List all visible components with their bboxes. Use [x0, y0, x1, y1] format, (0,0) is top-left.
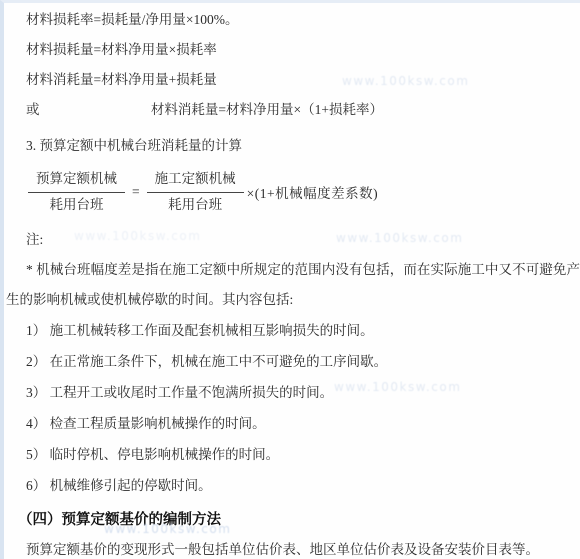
- note-item-6: 6） 机械维修引起的停歇时间。: [4, 470, 580, 501]
- note-item-3: 3） 工程开工或收尾时工作量不饱满所损失的时间。: [4, 377, 580, 408]
- machine-shift-equation: 预算定额机械 耗用台班 = 施工定额机械 耗用台班 ×(1+机械幅度差系数): [4, 161, 580, 223]
- section3-heading: 3. 预算定额中机械台班消耗量的计算: [4, 131, 580, 161]
- fraction-right: 施工定额机械 耗用台班: [147, 170, 244, 213]
- note-item-1: 1） 施工机械转移工作面及配套机械相互影响损失的时间。: [4, 315, 580, 346]
- section4-heading: （四）预算定额基价的编制方法: [4, 505, 580, 535]
- formula-consumption: 材料消耗量=材料净用量+损耗量: [4, 65, 580, 95]
- formula-consumption-alt: 材料消耗量=材料净用量×（1+损耗率）: [151, 102, 383, 117]
- fraction-right-numerator: 施工定额机械: [147, 170, 244, 192]
- fraction-left-denominator: 耗用台班: [28, 193, 125, 214]
- formula-loss-rate: 材料损耗率=损耗量/净用量×100%。: [4, 5, 580, 35]
- equation-multiplier: ×(1+机械幅度差系数): [247, 182, 378, 202]
- formula-or-row: 或 材料消耗量=材料净用量×（1+损耗率）: [4, 95, 580, 125]
- note-body: * 机械台班幅度差是指在施工定额中所规定的范围内没有包括，而在实际施工中又不可避…: [4, 255, 580, 315]
- equals-sign: =: [132, 184, 140, 200]
- fraction-left-numerator: 预算定额机械: [28, 170, 125, 192]
- note-label: 注:: [4, 225, 580, 255]
- document-page: 材料损耗率=损耗量/净用量×100%。 材料损耗量=材料净用量×损耗率 材料消耗…: [0, 0, 580, 559]
- section4-body: 预算定额基价的变现形式一般包括单位估价表、地区单位估价表及设备安装价目表等。: [4, 535, 580, 559]
- note-item-4: 4） 检查工程质量影响机械操作的时间。: [4, 408, 580, 439]
- note-item-5: 5） 临时停机、停电影响机械操作的时间。: [4, 439, 580, 470]
- fraction-right-denominator: 耗用台班: [147, 193, 244, 214]
- note-item-2: 2） 在正常施工条件下，机械在施工中不可避免的工序间歇。: [4, 346, 580, 377]
- or-label: 或: [26, 102, 40, 117]
- fraction-left: 预算定额机械 耗用台班: [28, 170, 125, 213]
- formula-loss-amount: 材料损耗量=材料净用量×损耗率: [4, 35, 580, 65]
